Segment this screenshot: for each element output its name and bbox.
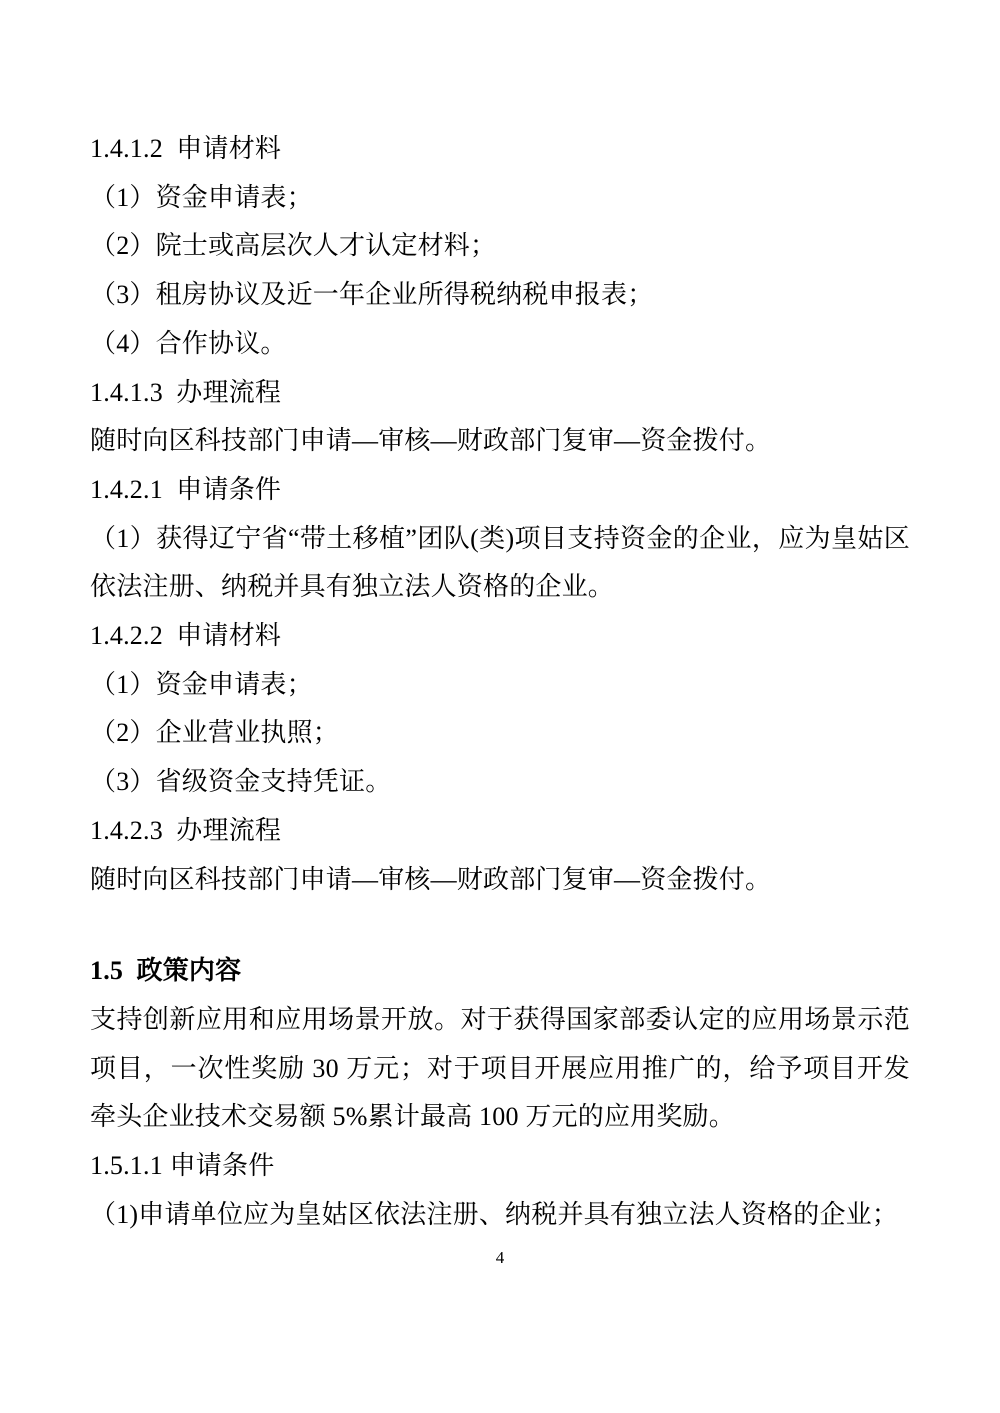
list-item-7: （3）省级资金支持凭证。 xyxy=(90,758,910,807)
list-item-5: （1）资金申请表； xyxy=(90,661,910,710)
heading-1-4-1-3: 1.4.1.3 办理流程 xyxy=(90,369,910,418)
list-item-2: （2）院士或高层次人才认定材料； xyxy=(90,222,910,271)
heading-1-5-1-1: 1.5.1.1 申请条件 xyxy=(90,1142,910,1191)
heading-1-4-1-2: 1.4.1.2 申请材料 xyxy=(90,125,910,174)
page-number: 4 xyxy=(0,1248,1000,1268)
paragraph-condition-1: （1）获得辽宁省“带土移植”团队(类)项目支持资金的企业，应为皇姑区依法注册、纳… xyxy=(90,515,910,612)
heading-1-4-2-3: 1.4.2.3 办理流程 xyxy=(90,807,910,856)
heading-1-4-2-1: 1.4.2.1 申请条件 xyxy=(90,466,910,515)
list-item-3: （3）租房协议及近一年企业所得税纳税申报表； xyxy=(90,271,910,320)
list-item-1: （1）资金申请表； xyxy=(90,174,910,223)
paragraph-process-1: 随时向区科技部门申请—审核—财政部门复审—资金拨付。 xyxy=(90,417,910,466)
heading-1-4-2-2: 1.4.2.2 申请材料 xyxy=(90,612,910,661)
paragraph-process-2: 随时向区科技部门申请—审核—财政部门复审—资金拨付。 xyxy=(90,856,910,905)
list-item-4: （4）合作协议。 xyxy=(90,320,910,369)
section-heading-1-5: 1.5 政策内容 xyxy=(90,947,910,996)
paragraph-policy-content: 支持创新应用和应用场景开放。对于获得国家部委认定的应用场景示范项目，一次性奖励 … xyxy=(90,996,910,1142)
document-page: 1.4.1.2 申请材料（1）资金申请表；（2）院士或高层次人才认定材料；（3）… xyxy=(0,0,1000,1413)
list-item-6: （2）企业营业执照； xyxy=(90,709,910,758)
paragraph-condition-2: （1)申请单位应为皇姑区依法注册、纳税并具有独立法人资格的企业； xyxy=(90,1191,910,1240)
document-body: 1.4.1.2 申请材料（1）资金申请表；（2）院士或高层次人才认定材料；（3）… xyxy=(90,125,910,1239)
